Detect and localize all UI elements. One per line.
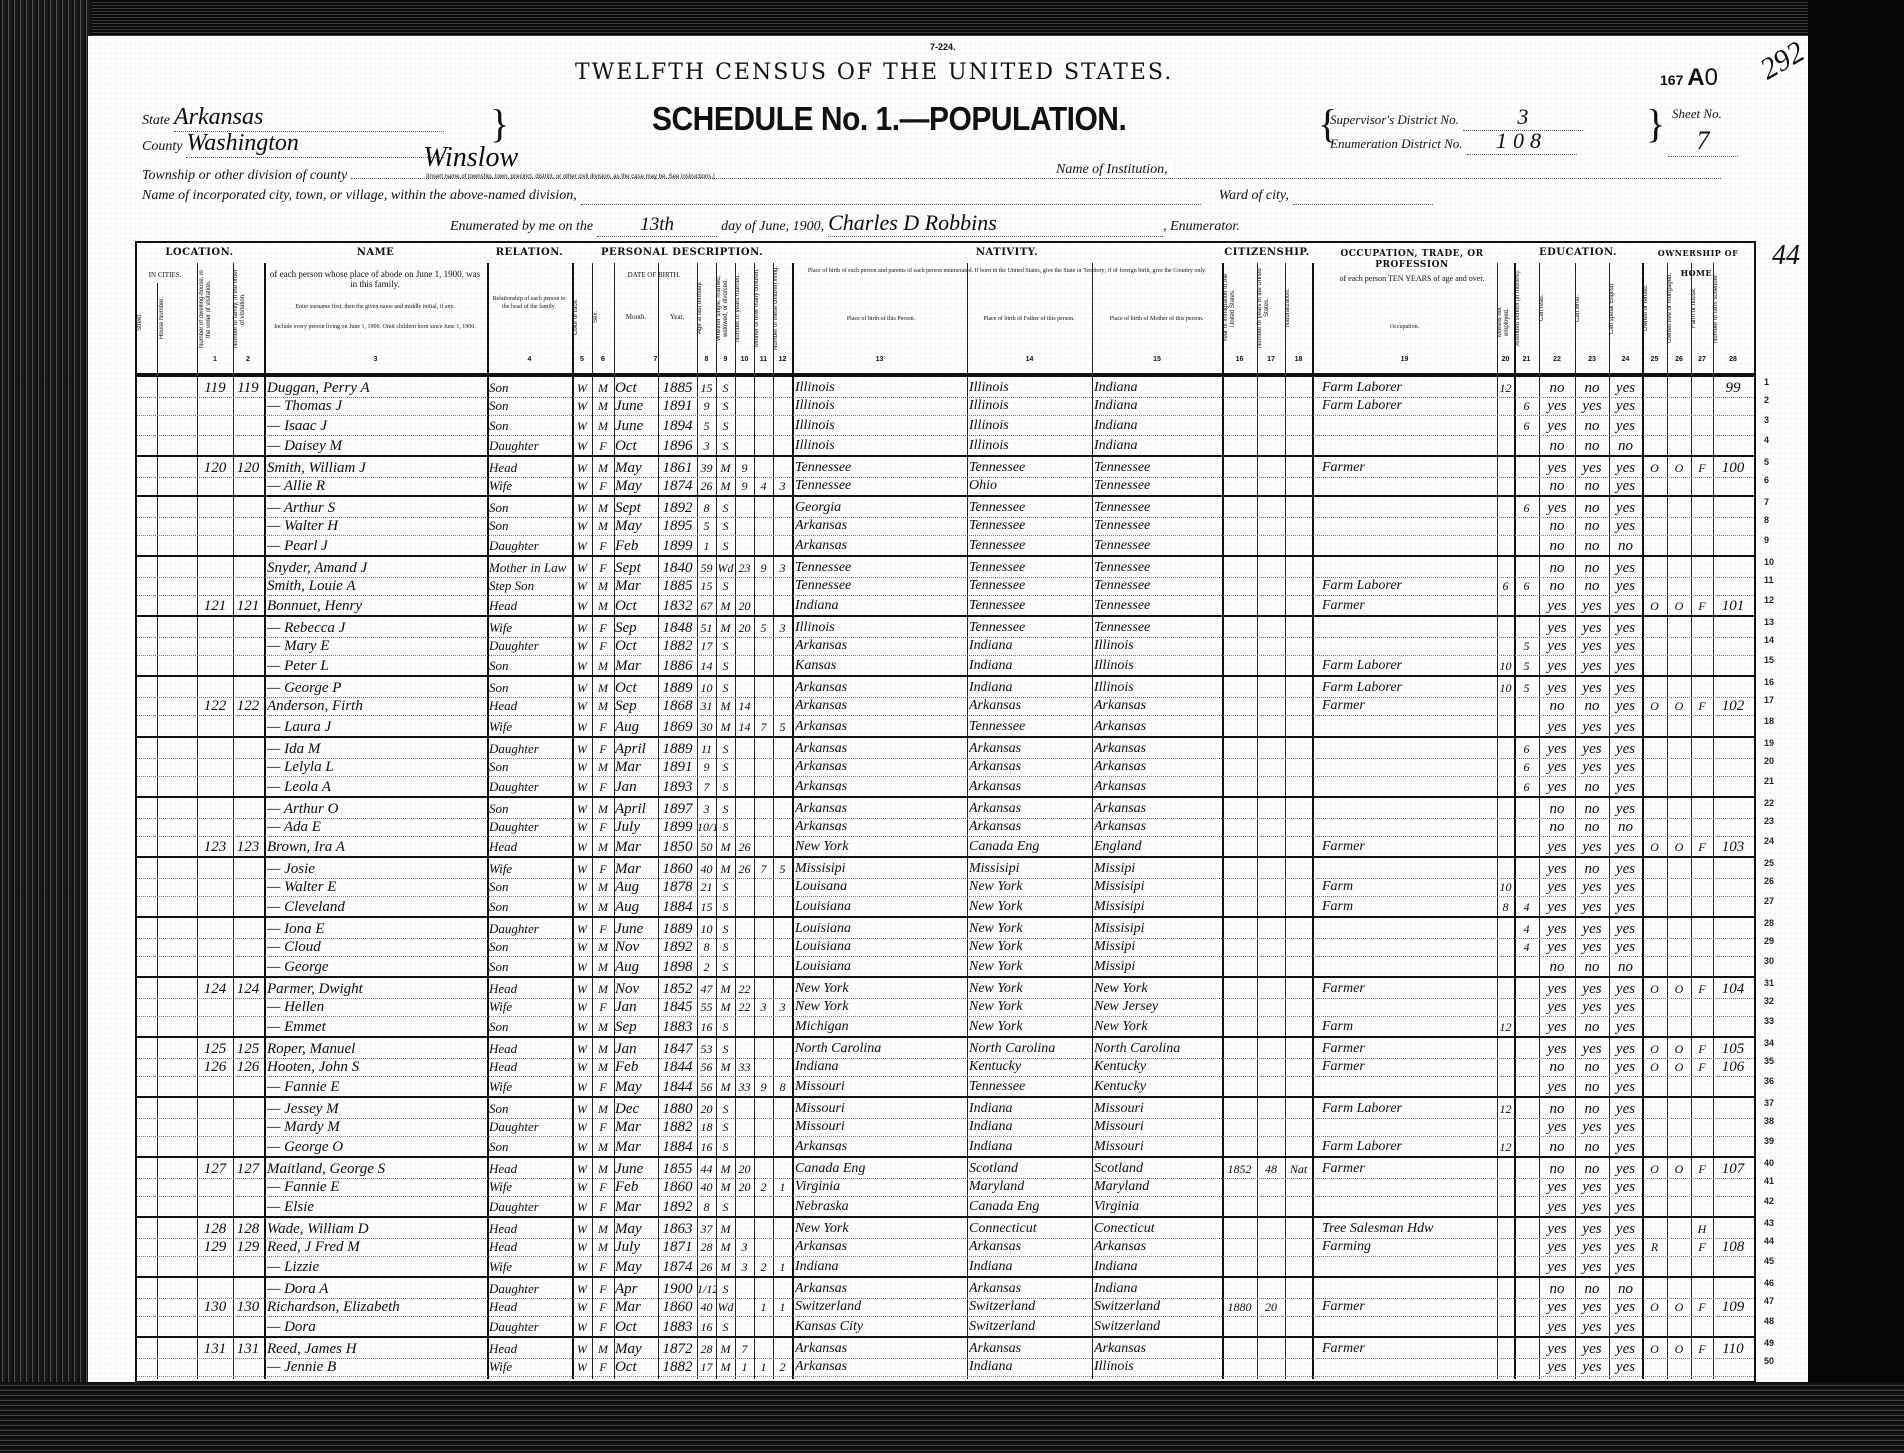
- birth-month: April: [615, 798, 658, 818]
- can-write: no: [1575, 497, 1609, 517]
- occupation: [1322, 617, 1497, 637]
- dwelling-number: 122: [197, 695, 233, 715]
- immigration-year: [1222, 677, 1257, 697]
- marital-status: M: [716, 836, 735, 856]
- family-number: [233, 816, 263, 836]
- immigration-year: [1222, 575, 1257, 595]
- farm-house: [1691, 497, 1713, 517]
- mother-of: [754, 756, 773, 776]
- dwelling-number: [197, 635, 233, 655]
- line-number: 27: [1764, 896, 1774, 906]
- ward-label: Ward of city,: [1219, 188, 1289, 203]
- months-unemployed: [1497, 716, 1514, 736]
- sex: F: [592, 716, 614, 736]
- ward-line: [1293, 186, 1433, 205]
- owned-rented: [1642, 1196, 1667, 1216]
- age: 5: [697, 515, 716, 535]
- birth-month: Jan: [615, 776, 658, 796]
- farm-house: H: [1691, 1218, 1713, 1238]
- years-in-us: [1257, 816, 1285, 836]
- marital-status: M: [716, 1176, 735, 1196]
- enumerator-name: Charles D Robbins: [828, 210, 1163, 237]
- birth-month: Mar: [615, 1116, 658, 1136]
- farm-house: [1691, 1278, 1713, 1298]
- sex: F: [592, 557, 614, 577]
- children-living: [773, 876, 792, 896]
- free-mortgaged: [1667, 996, 1691, 1016]
- birthplace-person: Kansas: [795, 655, 967, 675]
- color: W: [572, 918, 592, 938]
- table-row: — ElsieDaughterWFMar18928SNebraskaCanada…: [137, 1196, 1754, 1217]
- table-row: — HellenWifeWFJan184555M2233New YorkNew …: [137, 996, 1754, 1017]
- line-number: 34: [1764, 1038, 1774, 1048]
- sex: F: [592, 996, 614, 1016]
- farm-schedule: [1713, 1278, 1753, 1298]
- marital-status: S: [716, 395, 735, 415]
- can-read: no: [1539, 435, 1575, 455]
- relation-description: Relationship of each person to the head …: [489, 295, 569, 311]
- city-label: Name of incorporated city, town, or vill…: [142, 188, 577, 203]
- birth-father-label: Place of birth of Father of this person.: [969, 315, 1089, 323]
- table-row: — Walter ESonWMAug187821SLouisanaNew Yor…: [137, 876, 1754, 897]
- naturalization: [1285, 595, 1312, 615]
- farm-schedule: 105: [1713, 1038, 1753, 1058]
- can-write: yes: [1575, 595, 1609, 615]
- person-name: — Walter H: [267, 515, 487, 535]
- marital-status: S: [716, 876, 735, 896]
- marital-status: S: [716, 535, 735, 555]
- age: 1/12: [697, 1278, 716, 1298]
- immigration-year: [1222, 377, 1257, 397]
- mother-of: 7: [754, 858, 773, 878]
- immigration-year: [1222, 515, 1257, 535]
- can-write: yes: [1575, 1236, 1609, 1256]
- age: 56: [697, 1056, 716, 1076]
- sex: M: [592, 1338, 614, 1358]
- free-mortgaged: [1667, 876, 1691, 896]
- birthplace-mother: Tennessee: [1094, 557, 1222, 577]
- mother-of: 4: [754, 475, 773, 495]
- occupation-column-label: Occupation.: [1317, 323, 1492, 331]
- table-row: — ClevelandSonWMAug188415SLouisianaNew Y…: [137, 896, 1754, 917]
- years-married: [735, 776, 754, 796]
- years-in-us: [1257, 1218, 1285, 1238]
- school-months: 6: [1514, 497, 1539, 517]
- line-number: 25: [1764, 858, 1774, 868]
- owned-rented: [1642, 1278, 1667, 1298]
- date-of-birth-label: DATE OF BIRTH.: [614, 271, 694, 279]
- naturalization: [1285, 1116, 1312, 1136]
- line-number: 10: [1764, 557, 1774, 567]
- birthplace-father: New York: [969, 936, 1092, 956]
- birth-month: Apr: [615, 1278, 658, 1298]
- family-number: [233, 515, 263, 535]
- dwelling-number: [197, 1196, 233, 1216]
- school-months: [1514, 1218, 1539, 1238]
- birth-year: 1882: [658, 635, 697, 655]
- age: 17: [697, 635, 716, 655]
- can-speak-english: yes: [1609, 876, 1642, 896]
- relation: Wife: [489, 1356, 572, 1376]
- line-number: 41: [1764, 1176, 1774, 1186]
- immigration-year: [1222, 635, 1257, 655]
- farm-house: [1691, 716, 1713, 736]
- birthplace-mother: England: [1094, 836, 1222, 856]
- sex: M: [592, 457, 614, 477]
- immigration-year: [1222, 415, 1257, 435]
- can-write: yes: [1575, 617, 1609, 637]
- birthplace-father: Illinois: [969, 435, 1092, 455]
- school-months: [1514, 457, 1539, 477]
- owned-rented: O: [1642, 1056, 1667, 1076]
- free-mortgaged: O: [1667, 1296, 1691, 1316]
- owned-rented: [1642, 557, 1667, 577]
- occupation: [1322, 1176, 1497, 1196]
- occupation: [1322, 716, 1497, 736]
- owned-rented: [1642, 956, 1667, 976]
- can-speak-english: yes: [1609, 858, 1642, 878]
- person-name: — Elsie: [267, 1196, 487, 1216]
- birth-month: Sept: [615, 497, 658, 517]
- sex: F: [592, 858, 614, 878]
- mother-of: 1: [754, 1356, 773, 1376]
- occupation: Farmer: [1322, 836, 1497, 856]
- relation: Head: [489, 1218, 572, 1238]
- sex: F: [592, 535, 614, 555]
- marital-status: S: [716, 415, 735, 435]
- years-married: [735, 575, 754, 595]
- family-number: 131: [233, 1338, 263, 1358]
- age: 5: [697, 415, 716, 435]
- can-write: no: [1575, 798, 1609, 818]
- can-write: yes: [1575, 1316, 1609, 1336]
- birthplace-mother: Missisipi: [1094, 876, 1222, 896]
- occupation: Farming: [1322, 1236, 1497, 1256]
- mother-of: [754, 1136, 773, 1156]
- naturalization: [1285, 816, 1312, 836]
- immigration-year: [1222, 655, 1257, 675]
- years-in-us: [1257, 415, 1285, 435]
- mother-of: [754, 1056, 773, 1076]
- farm-schedule: 99: [1713, 377, 1753, 397]
- birthplace-person: New York: [795, 996, 967, 1016]
- children-living: [773, 1116, 792, 1136]
- relation: Daughter: [489, 738, 572, 758]
- free-mortgaged: [1667, 896, 1691, 916]
- sex: F: [592, 738, 614, 758]
- owned-rented: [1642, 635, 1667, 655]
- can-read: no: [1539, 1136, 1575, 1156]
- months-unemployed: [1497, 1236, 1514, 1256]
- years-in-us: [1257, 395, 1285, 415]
- can-speak-english: yes: [1609, 595, 1642, 615]
- birth-year: 1884: [658, 1136, 697, 1156]
- enumeration-line: Enumerated by me on the 13th day of June…: [450, 210, 1240, 237]
- free-mortgaged: [1667, 1236, 1691, 1256]
- section-education: EDUCATION.: [1514, 243, 1642, 263]
- mother-of: [754, 655, 773, 675]
- birth-year: 1874: [658, 475, 697, 495]
- can-speak-english: yes: [1609, 1176, 1642, 1196]
- relation: Head: [489, 1338, 572, 1358]
- owned-rented: [1642, 1116, 1667, 1136]
- free-mortgaged: [1667, 415, 1691, 435]
- can-speak-english: no: [1609, 956, 1642, 976]
- birthplace-mother: Tennessee: [1094, 595, 1222, 615]
- years-married: [735, 1296, 754, 1316]
- can-read: no: [1539, 695, 1575, 715]
- farm-schedule: [1713, 896, 1753, 916]
- can-write: no: [1575, 1098, 1609, 1118]
- occupation: Farm Laborer: [1322, 395, 1497, 415]
- sex: M: [592, 655, 614, 675]
- vh-immigration: Year of immigration to the United States…: [1223, 265, 1255, 351]
- years-in-us: [1257, 836, 1285, 856]
- school-months: [1514, 1356, 1539, 1376]
- farm-house: F: [1691, 978, 1713, 998]
- section-citizenship: CITIZENSHIP.: [1222, 243, 1312, 263]
- colnum-12: 12: [773, 356, 792, 363]
- person-name: — Josie: [267, 858, 487, 878]
- years-in-us: [1257, 535, 1285, 555]
- birthplace-father: New York: [969, 978, 1092, 998]
- free-mortgaged: [1667, 1316, 1691, 1336]
- mother-of: [754, 575, 773, 595]
- stamp-number: 167 A0: [1660, 64, 1718, 92]
- can-speak-english: yes: [1609, 1218, 1642, 1238]
- can-speak-english: no: [1609, 435, 1642, 455]
- free-mortgaged: [1667, 1256, 1691, 1276]
- marital-status: S: [716, 918, 735, 938]
- color: W: [572, 1076, 592, 1096]
- children-living: [773, 395, 792, 415]
- birthplace-father: Arkansas: [969, 1278, 1092, 1298]
- sex: M: [592, 876, 614, 896]
- birthplace-person: Arkansas: [795, 535, 967, 555]
- birthplace-person: Tennessee: [795, 457, 967, 477]
- owned-rented: O: [1642, 1296, 1667, 1316]
- naturalization: [1285, 695, 1312, 715]
- school-months: [1514, 1056, 1539, 1076]
- colnum-9: 9: [716, 356, 735, 363]
- birthplace-person: Illinois: [795, 415, 967, 435]
- marital-status: S: [716, 1038, 735, 1058]
- sex: M: [592, 575, 614, 595]
- can-read: no: [1539, 475, 1575, 495]
- age: 21: [697, 876, 716, 896]
- birthplace-father: Maryland: [969, 1176, 1092, 1196]
- color: W: [572, 738, 592, 758]
- can-read: yes: [1539, 936, 1575, 956]
- birthplace-person: Arkansas: [795, 695, 967, 715]
- children-living: [773, 1278, 792, 1298]
- can-read: no: [1539, 575, 1575, 595]
- mother-of: [754, 1158, 773, 1178]
- can-write: no: [1575, 575, 1609, 595]
- farm-house: [1691, 475, 1713, 495]
- color: W: [572, 858, 592, 878]
- owned-rented: [1642, 415, 1667, 435]
- months-unemployed: [1497, 475, 1514, 495]
- line-number: 20: [1764, 756, 1774, 766]
- table-row: — Jennie BWifeWFOct188217M112ArkansasInd…: [137, 1356, 1754, 1377]
- children-living: [773, 798, 792, 818]
- family-number: [233, 535, 263, 555]
- family-number: [233, 716, 263, 736]
- family-number: [233, 395, 263, 415]
- farm-schedule: 106: [1713, 1056, 1753, 1076]
- color: W: [572, 776, 592, 796]
- owned-rented: O: [1642, 978, 1667, 998]
- person-name: — Emmet: [267, 1016, 487, 1036]
- state-label: State: [142, 113, 170, 128]
- farm-house: [1691, 956, 1713, 976]
- age: 10: [697, 918, 716, 938]
- colnum-21: 21: [1514, 356, 1539, 363]
- farm-house: [1691, 377, 1713, 397]
- vh-years-married: Number of years married.: [735, 265, 753, 351]
- years-married: 3: [735, 1236, 754, 1256]
- line-number: 44: [1764, 1236, 1774, 1246]
- color: W: [572, 1256, 592, 1276]
- months-unemployed: [1497, 1218, 1514, 1238]
- free-mortgaged: [1667, 1278, 1691, 1298]
- table-row: 129129Reed, J Fred MHeadWMJuly187128M3Ar…: [137, 1236, 1754, 1257]
- months-unemployed: [1497, 1158, 1514, 1178]
- immigration-year: [1222, 457, 1257, 477]
- occupation: [1322, 858, 1497, 878]
- immigration-year: [1222, 1356, 1257, 1376]
- can-read: no: [1539, 557, 1575, 577]
- years-married: 20: [735, 1158, 754, 1178]
- naturalization: [1285, 395, 1312, 415]
- school-months: 4: [1514, 936, 1539, 956]
- birth-year: 1845: [658, 996, 697, 1016]
- mother-of: [754, 1196, 773, 1216]
- colnum-15: 15: [1092, 356, 1222, 363]
- can-write: no: [1575, 1056, 1609, 1076]
- sex: M: [592, 377, 614, 397]
- birth-year: 1889: [658, 738, 697, 758]
- birthplace-mother: Arkansas: [1094, 738, 1222, 758]
- can-read: yes: [1539, 1256, 1575, 1276]
- immigration-year: [1222, 756, 1257, 776]
- birthplace-person: Missouri: [795, 1076, 967, 1096]
- relation: Wife: [489, 617, 572, 637]
- mother-of: [754, 457, 773, 477]
- birth-year: 1860: [658, 1296, 697, 1316]
- naturalization: [1285, 1356, 1312, 1376]
- naturalization: [1285, 515, 1312, 535]
- relation: Son: [489, 415, 572, 435]
- birthplace-father: Indiana: [969, 1136, 1092, 1156]
- person-name: Smith, Louie A: [267, 575, 487, 595]
- birth-year: 1883: [658, 1016, 697, 1036]
- birthplace-person: Tennessee: [795, 575, 967, 595]
- owned-rented: [1642, 677, 1667, 697]
- line-number: 11: [1764, 575, 1774, 585]
- occupation: [1322, 956, 1497, 976]
- relation: Daughter: [489, 1316, 572, 1336]
- line-number: 9: [1764, 535, 1769, 545]
- free-mortgaged: [1667, 635, 1691, 655]
- birth-year: 1847: [658, 1038, 697, 1058]
- farm-schedule: [1713, 1316, 1753, 1336]
- farm-house: [1691, 617, 1713, 637]
- color: W: [572, 1136, 592, 1156]
- relation: Wife: [489, 1256, 572, 1276]
- relation: Mother in Law: [489, 557, 572, 577]
- farm-house: [1691, 858, 1713, 878]
- birth-month: Sep: [615, 1016, 658, 1036]
- mother-of: [754, 515, 773, 535]
- birth-year: 1896: [658, 435, 697, 455]
- colnum-2: 2: [233, 356, 263, 363]
- naturalization: [1285, 1098, 1312, 1118]
- birth-month: Feb: [615, 1176, 658, 1196]
- farm-schedule: 100: [1713, 457, 1753, 477]
- birth-year: 1883: [658, 1316, 697, 1336]
- birthplace-mother: Arkansas: [1094, 716, 1222, 736]
- dwelling-number: [197, 918, 233, 938]
- children-living: 1: [773, 1176, 792, 1196]
- years-married: [735, 515, 754, 535]
- month-label: Month.: [614, 313, 658, 321]
- free-mortgaged: [1667, 1356, 1691, 1376]
- sex: F: [592, 776, 614, 796]
- birthplace-person: Missisipi: [795, 858, 967, 878]
- age: 18: [697, 1116, 716, 1136]
- birthplace-person: Michigan: [795, 1016, 967, 1036]
- birth-year: 1850: [658, 836, 697, 856]
- farm-schedule: 110: [1713, 1338, 1753, 1358]
- birthplace-mother: Switzerland: [1094, 1316, 1222, 1336]
- line-number: 3: [1764, 415, 1769, 425]
- farm-schedule: [1713, 816, 1753, 836]
- free-mortgaged: [1667, 1196, 1691, 1216]
- family-number: 125: [233, 1038, 263, 1058]
- naturalization: [1285, 1038, 1312, 1058]
- children-living: [773, 377, 792, 397]
- years-married: 20: [735, 595, 754, 615]
- dwelling-number: [197, 956, 233, 976]
- color: W: [572, 1116, 592, 1136]
- can-read: yes: [1539, 1316, 1575, 1336]
- birth-month: Oct: [615, 595, 658, 615]
- family-number: 130: [233, 1296, 263, 1316]
- color: W: [572, 1218, 592, 1238]
- school-months: [1514, 1016, 1539, 1036]
- colnum-5: 5: [572, 356, 592, 363]
- occupation: [1322, 756, 1497, 776]
- dwelling-number: [197, 876, 233, 896]
- color: W: [572, 695, 592, 715]
- birthplace-mother: Kentucky: [1094, 1076, 1222, 1096]
- free-mortgaged: [1667, 575, 1691, 595]
- marital-status: S: [716, 1116, 735, 1136]
- mother-of: [754, 816, 773, 836]
- relation: Daughter: [489, 918, 572, 938]
- age: 1: [697, 535, 716, 555]
- free-mortgaged: O: [1667, 1038, 1691, 1058]
- years-married: [735, 816, 754, 836]
- birthplace-person: Arkansas: [795, 816, 967, 836]
- birthplace-mother: Scotland: [1094, 1158, 1222, 1178]
- birthplace-mother: New York: [1094, 1016, 1222, 1036]
- naturalization: [1285, 1338, 1312, 1358]
- birthplace-mother: Missisipi: [1094, 896, 1222, 916]
- children-living: [773, 695, 792, 715]
